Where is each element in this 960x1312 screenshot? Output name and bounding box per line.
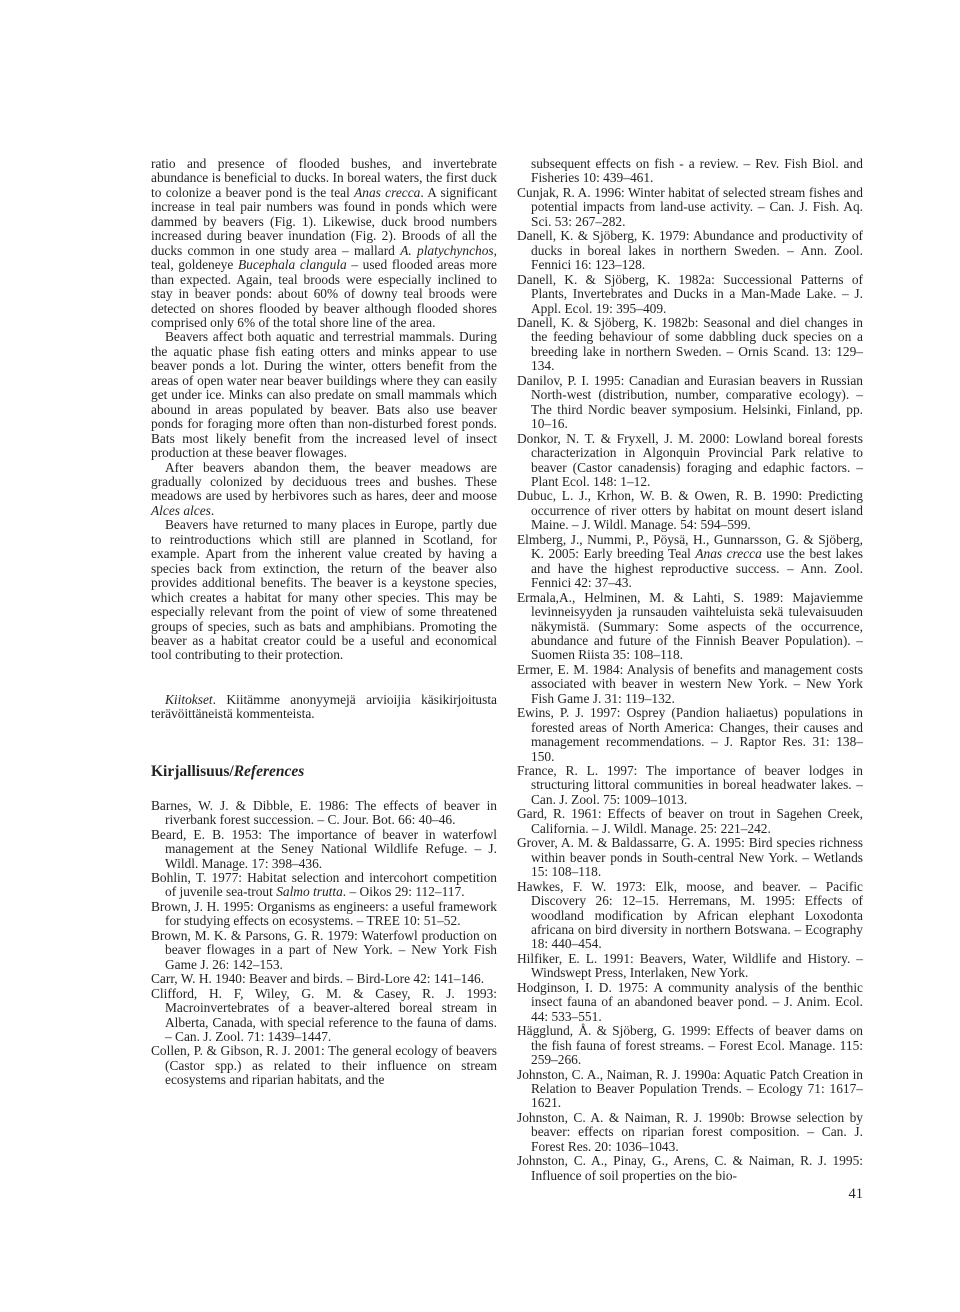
- reference-entry: Danell, K. & Sjöberg, K. 1982a: Successi…: [517, 273, 863, 316]
- reference-entry: Clifford, H. F, Wiley, G. M. & Casey, R.…: [151, 987, 497, 1045]
- reference-entry: Hawkes, F. W. 1973: Elk, moose, and beav…: [517, 880, 863, 952]
- reference-entry: Collen, P. & Gibson, R. J. 2001: The gen…: [151, 1044, 497, 1087]
- reference-entry: Cunjak, R. A. 1996: Winter habitat of se…: [517, 186, 863, 229]
- reference-entry: Ermer, E. M. 1984: Analysis of benefits …: [517, 663, 863, 706]
- reference-entry: Beard, E. B. 1953: The importance of bea…: [151, 828, 497, 871]
- body-paragraph: Beavers affect both aquatic and terrestr…: [151, 330, 497, 460]
- reference-entry: Grover, A. M. & Baldassarre, G. A. 1995:…: [517, 836, 863, 879]
- body-paragraph: ratio and presence of flooded bushes, an…: [151, 157, 497, 330]
- reference-entry: Dubuc, L. J., Krhon, W. B. & Owen, R. B.…: [517, 489, 863, 532]
- reference-entry: Donkor, N. T. & Fryxell, J. M. 2000: Low…: [517, 432, 863, 490]
- reference-entry: Brown, J. H. 1995: Organisms as engineer…: [151, 900, 497, 929]
- left-column: ratio and presence of flooded bushes, an…: [151, 157, 497, 1088]
- right-column: subsequent effects on fish - a review. –…: [517, 157, 863, 1183]
- reference-entry: Danilov, P. I. 1995: Canadian and Eurasi…: [517, 374, 863, 432]
- reference-entry: Danell, K. & Sjöberg, K. 1982b: Seasonal…: [517, 316, 863, 374]
- reference-entry: Carr, W. H. 1940: Beaver and birds. – Bi…: [151, 972, 497, 986]
- reference-entry: Johnston, C. A., Pinay, G., Arens, C. & …: [517, 1154, 863, 1183]
- reference-list-left: Barnes, W. J. & Dibble, E. 1986: The eff…: [151, 799, 497, 1088]
- reference-entry: Ewins, P. J. 1997: Osprey (Pandion halia…: [517, 706, 863, 764]
- reference-entry: Elmberg, J., Nummi, P., Pöysä, H., Gunna…: [517, 533, 863, 591]
- reference-entry: Danell, K. & Sjöberg, K. 1979: Abundance…: [517, 229, 863, 272]
- reference-entry: Gard, R. 1961: Effects of beaver on trou…: [517, 807, 863, 836]
- reference-list-right: Cunjak, R. A. 1996: Winter habitat of se…: [517, 186, 863, 1183]
- reference-entry: Hilfiker, E. L. 1991: Beavers, Water, Wi…: [517, 952, 863, 981]
- reference-entry: Hodginson, I. D. 1975: A community analy…: [517, 981, 863, 1024]
- body-paragraph: After beavers abandon them, the beaver m…: [151, 461, 497, 519]
- acknowledgments-paragraph: Kiitokset. Kiitämme anonyymejä arvioijia…: [151, 693, 497, 722]
- paper-page: ratio and presence of flooded bushes, an…: [0, 0, 960, 1312]
- reference-entry: Brown, M. K. & Parsons, G. R. 1979: Wate…: [151, 929, 497, 972]
- reference-entry: Ermala,A., Helminen, M. & Lahti, S. 1989…: [517, 591, 863, 663]
- reference-entry: Johnston, C. A. & Naiman, R. J. 1990b: B…: [517, 1111, 863, 1154]
- reference-entry: Hägglund, Å. & Sjöberg, G. 1999: Effects…: [517, 1024, 863, 1067]
- references-heading: Kirjallisuus/References: [151, 763, 497, 780]
- reference-entry: Johnston, C. A., Naiman, R. J. 1990a: Aq…: [517, 1068, 863, 1111]
- reference-entry: France, R. L. 1997: The importance of be…: [517, 764, 863, 807]
- reference-entry: Barnes, W. J. & Dibble, E. 1986: The eff…: [151, 799, 497, 828]
- body-paragraphs: ratio and presence of flooded bushes, an…: [151, 157, 497, 663]
- body-paragraph: Beavers have returned to many places in …: [151, 518, 497, 663]
- reference-continuation: subsequent effects on fish - a review. –…: [517, 157, 863, 186]
- reference-entry: Bohlin, T. 1977: Habitat selection and i…: [151, 871, 497, 900]
- page-number: 41: [517, 1186, 863, 1202]
